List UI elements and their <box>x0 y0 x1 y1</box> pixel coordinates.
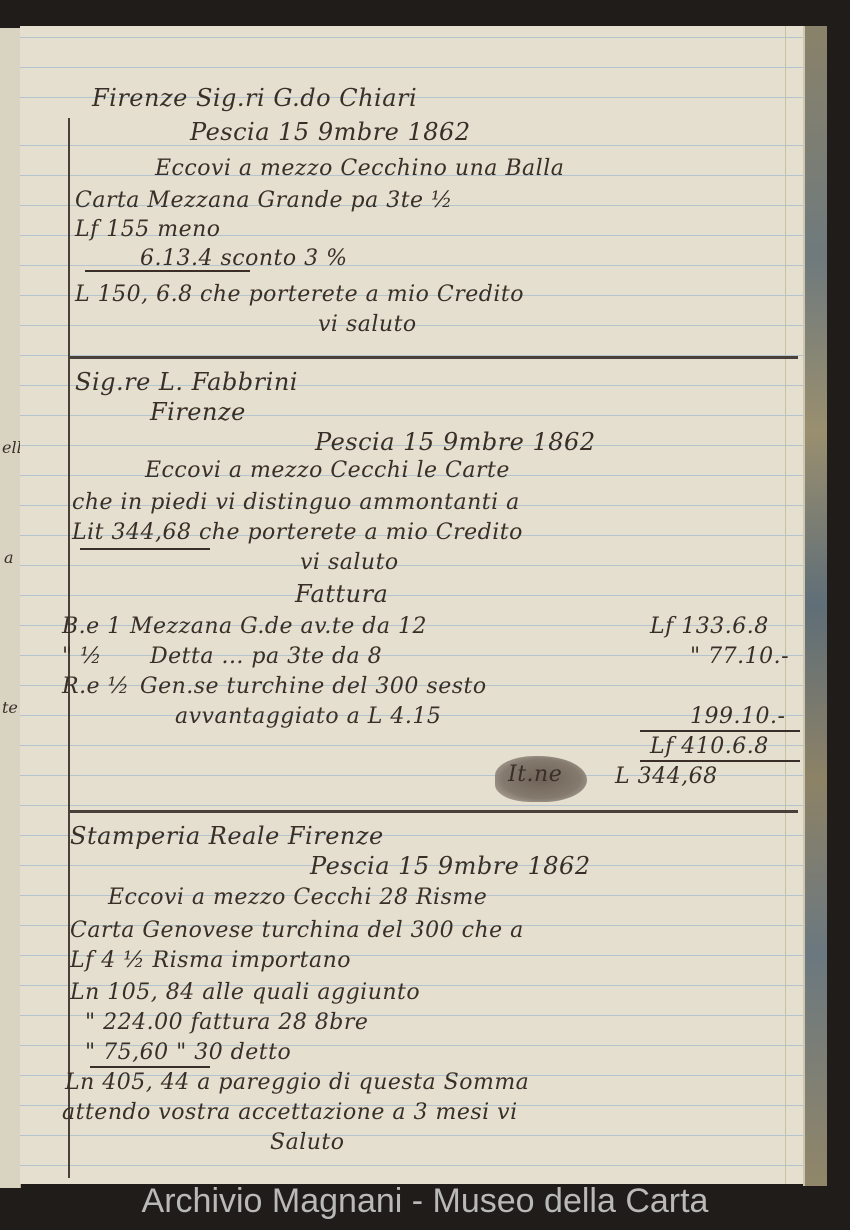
entry3-closing: Saluto <box>270 1130 344 1155</box>
page-margin-line <box>785 26 786 1184</box>
sum-underline <box>90 1066 210 1068</box>
entry3-line: Carta Genovese turchina del 300 che a <box>70 918 524 943</box>
left-fragment: te <box>2 698 18 717</box>
previous-page-edge: ella a te <box>0 28 21 1188</box>
sum-underline <box>85 270 250 272</box>
sum-underline <box>640 730 800 732</box>
invoice-amount: " 77.10.- <box>690 644 789 669</box>
entry2-dateline: Pescia 15 9mbre 1862 <box>315 428 596 456</box>
entry3-line: Eccovi a mezzo Cecchi 28 Risme <box>108 885 487 910</box>
entry3-dateline: Pescia 15 9mbre 1862 <box>310 852 591 880</box>
sum-underline <box>640 760 800 762</box>
entry2-closing: vi saluto <box>300 550 399 575</box>
invoice-desc: Gen.se turchine del 300 sesto <box>140 674 487 699</box>
invoice-amount: Lf 133.6.8 <box>650 614 769 639</box>
invoice-desc: avvantaggiato a L 4.15 <box>175 704 441 729</box>
invoice-desc: Mezzana G.de av.te da 12 <box>130 614 427 639</box>
entry1-line: 6.13.4 sconto 3 % <box>140 246 347 271</box>
entry1-line: Eccovi a mezzo Cecchino una Balla <box>155 156 564 181</box>
entry2-line: Eccovi a mezzo Cecchi le Carte <box>145 458 510 483</box>
invoice-subtotal: Lf 410.6.8 <box>650 734 769 759</box>
entry2-line: Lit 344,68 che porterete a mio Credito <box>72 520 523 545</box>
entry3-line: " 224.00 fattura 28 8bre <box>85 1010 368 1035</box>
invoice-total-label: It.ne <box>508 762 562 787</box>
entry-separator <box>68 356 798 359</box>
entry3-line: Ln 405, 44 a pareggio di questa Somma <box>65 1070 529 1095</box>
invoice-desc: Detta ... pa 3te da 8 <box>150 644 382 669</box>
left-fragment: a <box>4 548 14 567</box>
entry3-addressee: Stamperia Reale Firenze <box>70 822 384 850</box>
entry2-addressee: Sig.re L. Fabbrini <box>75 368 298 396</box>
marbled-book-edge <box>803 26 827 1186</box>
archive-watermark: Archivio Magnani - Museo della Carta <box>0 1182 850 1221</box>
entry1-addressee: Firenze Sig.ri G.do Chiari <box>92 84 417 112</box>
entry-separator <box>68 810 798 813</box>
invoice-qty: " ½ <box>62 644 102 669</box>
entry1-line: Lf 155 meno <box>75 217 221 242</box>
entry2-line: che in piedi vi distinguo ammontanti a <box>72 490 520 515</box>
entry2-city: Firenze <box>150 398 246 426</box>
entry1-line: Carta Mezzana Grande pa 3te ½ <box>75 188 453 213</box>
entry1-closing: vi saluto <box>318 312 417 337</box>
invoice-title: Fattura <box>295 580 388 608</box>
invoice-qty: R.e ½ <box>62 674 129 699</box>
entry3-line: Lf 4 ½ Risma importano <box>70 948 351 973</box>
entry1-total-line: L 150, 6.8 che porterete a mio Credito <box>75 282 524 307</box>
entry3-line: attendo vostra accettazione a 3 mesi vi <box>62 1100 518 1125</box>
invoice-qty: B.e 1 <box>62 614 122 639</box>
entry1-dateline: Pescia 15 9mbre 1862 <box>190 118 471 146</box>
entry3-line: " 75,60 " 30 detto <box>85 1040 291 1065</box>
entry3-line: Ln 105, 84 alle quali aggiunto <box>70 980 420 1005</box>
invoice-total: L 344,68 <box>615 764 718 789</box>
invoice-amount: 199.10.- <box>690 704 785 729</box>
sum-underline <box>80 548 210 550</box>
